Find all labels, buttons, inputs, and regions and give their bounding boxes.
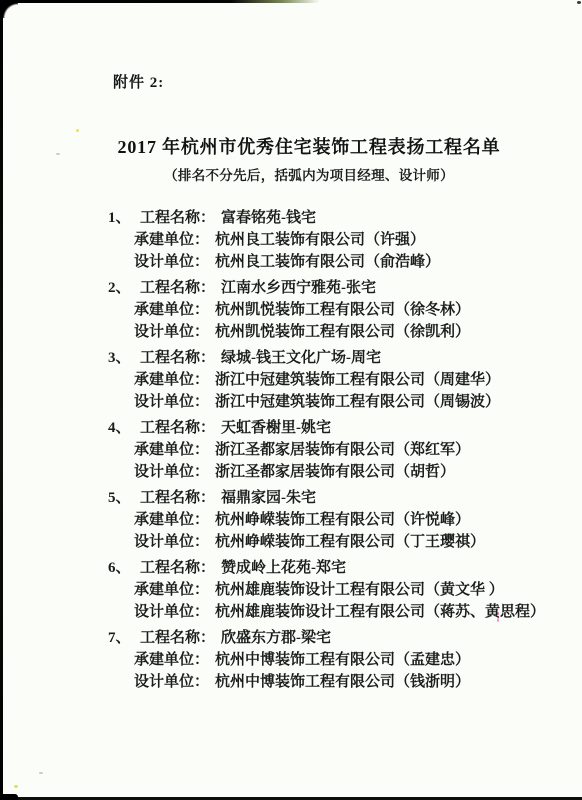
entry-number: 2、 <box>108 277 134 343</box>
designer-line: 设计单位：杭州雄鹿装饰设计工程有限公司（蒋苏、黄思程） <box>134 601 572 623</box>
attachment-label: 附件 2: <box>113 71 164 92</box>
designer-line: 设计单位：杭州凯悦装饰工程有限公司（徐凯利） <box>134 321 572 343</box>
builder-line: 承建单位：浙江中冠建筑装饰工程有限公司（周建华） <box>134 369 572 391</box>
builder-label: 承建单位： <box>134 582 209 598</box>
builder-line: 承建单位：杭州中博装饰工程有限公司（孟建忠） <box>134 649 572 671</box>
scan-speck <box>76 129 79 132</box>
designer-line: 设计单位：浙江中冠建筑装饰工程有限公司（周锡波） <box>134 391 572 413</box>
project-entry: 3、 工程名称：绿城-钱王文化广场-周宅 承建单位：浙江中冠建筑装饰工程有限公司… <box>108 347 572 413</box>
builder-label: 承建单位： <box>134 512 209 528</box>
project-name-value: 福鼎家园-朱宅 <box>221 490 316 506</box>
entry-number: 6、 <box>108 557 134 623</box>
builder-line: 承建单位：杭州雄鹿装饰设计工程有限公司（黄文华 ） <box>134 579 572 601</box>
builder-label: 承建单位： <box>134 442 209 458</box>
scan-speck <box>14 785 18 788</box>
designer-label: 设计单位： <box>134 324 209 340</box>
designer-label: 设计单位： <box>134 534 209 550</box>
project-name-value: 天虹香榭里-姚宅 <box>221 420 331 436</box>
project-name-line: 工程名称：绿城-钱王文化广场-周宅 <box>134 347 572 369</box>
entry-lines: 工程名称：富春铭苑-钱宅 承建单位：杭州良工装饰有限公司（许强） 设计单位：杭州… <box>134 207 572 273</box>
project-name-line: 工程名称：赞成岭上花苑-郑宅 <box>134 557 572 579</box>
builder-label: 承建单位： <box>134 302 209 318</box>
scan-corner-top-left <box>0 0 18 18</box>
designer-label: 设计单位： <box>134 464 209 480</box>
project-name-value: 富春铭苑-钱宅 <box>221 210 316 226</box>
designer-value: 杭州凯悦装饰工程有限公司（徐凯利） <box>215 324 470 340</box>
project-name-value: 江南水乡西宁雅苑-张宅 <box>221 280 376 296</box>
builder-value: 杭州雄鹿装饰设计工程有限公司（黄文华 ） <box>215 582 504 598</box>
designer-label: 设计单位： <box>134 254 209 270</box>
project-name-line: 工程名称：富春铭苑-钱宅 <box>134 207 572 229</box>
entry-number: 5、 <box>108 487 134 553</box>
project-entry: 4、 工程名称：天虹香榭里-姚宅 承建单位：浙江圣都家居装饰有限公司（郑红军） … <box>108 417 572 483</box>
designer-value: 杭州良工装饰有限公司（俞浩峰） <box>215 254 440 270</box>
designer-line: 设计单位：浙江圣都家居装饰有限公司（胡哲） <box>134 461 572 483</box>
builder-line: 承建单位：杭州峥嵘装饰工程有限公司（许悦峰） <box>134 509 572 531</box>
designer-line: 设计单位：杭州良工装饰有限公司（俞浩峰） <box>134 251 572 273</box>
scanned-document-page: 附件 2: 2017 年杭州市优秀住宅装饰工程表扬工程名单 （排名不分先后，括弧… <box>0 0 582 800</box>
entry-number: 7、 <box>108 627 134 693</box>
project-entry: 7、 工程名称：欣盛东方郡-梁宅 承建单位：杭州中博装饰工程有限公司（孟建忠） … <box>108 627 572 693</box>
project-name-line: 工程名称：欣盛东方郡-梁宅 <box>134 627 572 649</box>
project-name-label: 工程名称： <box>140 350 215 366</box>
entry-lines: 工程名称：福鼎家园-朱宅 承建单位：杭州峥嵘装饰工程有限公司（许悦峰） 设计单位… <box>134 487 572 553</box>
project-name-label: 工程名称： <box>140 630 215 646</box>
project-entry: 2、 工程名称：江南水乡西宁雅苑-张宅 承建单位：杭州凯悦装饰工程有限公司（徐冬… <box>108 277 572 343</box>
builder-value: 浙江中冠建筑装饰工程有限公司（周建华） <box>215 372 500 388</box>
project-name-value: 欣盛东方郡-梁宅 <box>221 630 331 646</box>
entry-lines: 工程名称：江南水乡西宁雅苑-张宅 承建单位：杭州凯悦装饰工程有限公司（徐冬林） … <box>134 277 572 343</box>
builder-label: 承建单位： <box>134 372 209 388</box>
document-subtitle: （排名不分先后，括弧内为项目经理、设计师） <box>36 164 582 184</box>
builder-line: 承建单位：杭州凯悦装饰工程有限公司（徐冬林） <box>134 299 572 321</box>
designer-label: 设计单位： <box>134 394 209 410</box>
builder-value: 杭州凯悦装饰工程有限公司（徐冬林） <box>215 302 470 318</box>
project-name-label: 工程名称： <box>140 420 215 436</box>
scan-speck <box>39 772 43 774</box>
builder-label: 承建单位： <box>134 652 209 668</box>
project-list: 1、 工程名称：富春铭苑-钱宅 承建单位：杭州良工装饰有限公司（许强） 设计单位… <box>108 207 572 697</box>
project-entry: 6、 工程名称：赞成岭上花苑-郑宅 承建单位：杭州雄鹿装饰设计工程有限公司（黄文… <box>108 557 572 623</box>
project-entry: 5、 工程名称：福鼎家园-朱宅 承建单位：杭州峥嵘装饰工程有限公司（许悦峰） 设… <box>108 487 572 553</box>
builder-value: 杭州峥嵘装饰工程有限公司（许悦峰） <box>215 512 470 528</box>
entry-number: 4、 <box>108 417 134 483</box>
builder-line: 承建单位：浙江圣都家居装饰有限公司（郑红军） <box>134 439 572 461</box>
project-entry: 1、 工程名称：富春铭苑-钱宅 承建单位：杭州良工装饰有限公司（许强） 设计单位… <box>108 207 572 273</box>
builder-value: 杭州良工装饰有限公司（许强） <box>215 232 425 248</box>
designer-label: 设计单位： <box>134 604 209 620</box>
project-name-value: 赞成岭上花苑-郑宅 <box>221 560 346 576</box>
project-name-label: 工程名称： <box>140 280 215 296</box>
project-name-label: 工程名称： <box>140 560 215 576</box>
builder-value: 浙江圣都家居装饰有限公司（郑红军） <box>215 442 470 458</box>
project-name-value: 绿城-钱王文化广场-周宅 <box>221 350 381 366</box>
entry-number: 3、 <box>108 347 134 413</box>
project-name-line: 工程名称：江南水乡西宁雅苑-张宅 <box>134 277 572 299</box>
scan-speck <box>577 1 581 4</box>
designer-value: 浙江中冠建筑装饰工程有限公司（周锡波） <box>215 394 500 410</box>
entry-lines: 工程名称：欣盛东方郡-梁宅 承建单位：杭州中博装饰工程有限公司（孟建忠） 设计单… <box>134 627 572 693</box>
project-name-label: 工程名称： <box>140 210 215 226</box>
builder-value: 杭州中博装饰工程有限公司（孟建忠） <box>215 652 470 668</box>
designer-value: 浙江圣都家居装饰有限公司（胡哲） <box>215 464 455 480</box>
designer-value: 杭州中博装饰工程有限公司（钱浙明） <box>215 674 470 690</box>
designer-value: 杭州雄鹿装饰设计工程有限公司（蒋苏、黄思程） <box>215 604 545 620</box>
builder-line: 承建单位：杭州良工装饰有限公司（许强） <box>134 229 572 251</box>
designer-label: 设计单位： <box>134 674 209 690</box>
entry-lines: 工程名称：赞成岭上花苑-郑宅 承建单位：杭州雄鹿装饰设计工程有限公司（黄文华 ）… <box>134 557 572 623</box>
document-title: 2017 年杭州市优秀住宅装饰工程表扬工程名单 <box>36 133 582 159</box>
scan-edge-left <box>0 0 3 800</box>
designer-line: 设计单位：杭州中博装饰工程有限公司（钱浙明） <box>134 671 572 693</box>
project-name-line: 工程名称：福鼎家园-朱宅 <box>134 487 572 509</box>
scan-corner-bottom-left <box>0 794 18 800</box>
scan-edge-top <box>0 0 320 3</box>
builder-label: 承建单位： <box>134 232 209 248</box>
entry-lines: 工程名称：绿城-钱王文化广场-周宅 承建单位：浙江中冠建筑装饰工程有限公司（周建… <box>134 347 572 413</box>
project-name-label: 工程名称： <box>140 490 215 506</box>
entry-number: 1、 <box>108 207 134 273</box>
project-name-line: 工程名称：天虹香榭里-姚宅 <box>134 417 572 439</box>
entry-lines: 工程名称：天虹香榭里-姚宅 承建单位：浙江圣都家居装饰有限公司（郑红军） 设计单… <box>134 417 572 483</box>
designer-value: 杭州峥嵘装饰工程有限公司（丁王璎祺） <box>215 534 485 550</box>
designer-line: 设计单位：杭州峥嵘装饰工程有限公司（丁王璎祺） <box>134 531 572 553</box>
